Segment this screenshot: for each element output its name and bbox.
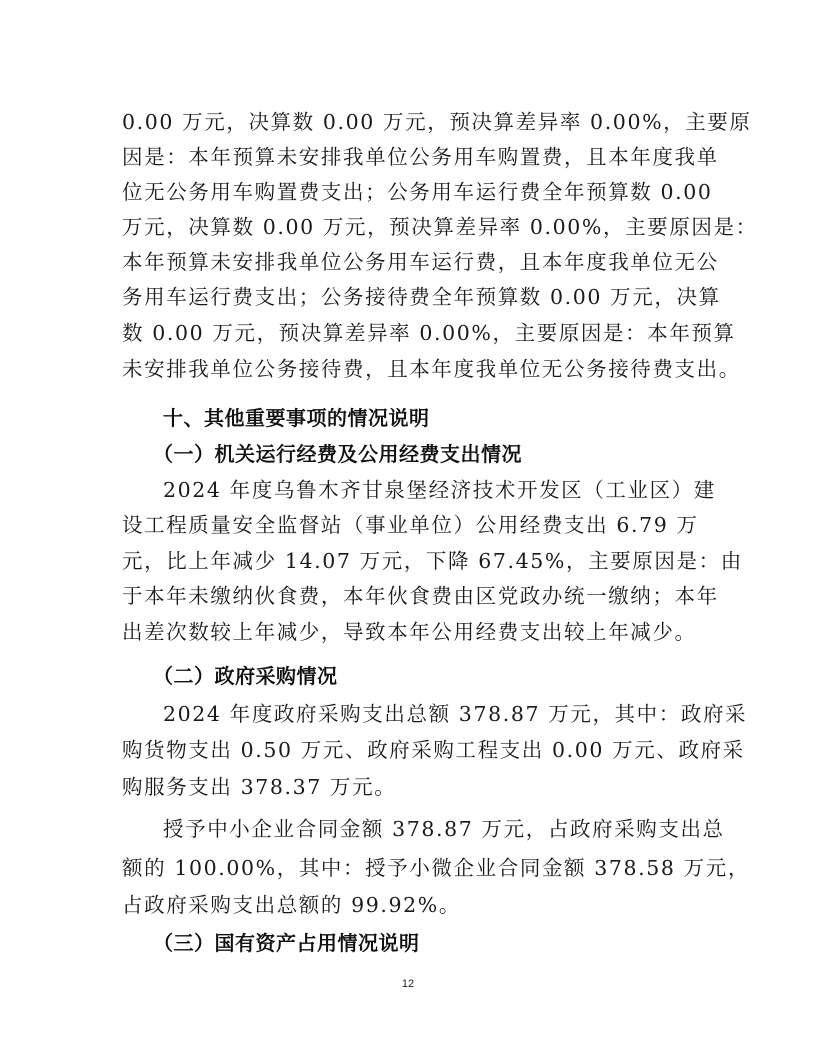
body-text-line: 0.00 万元，决算数 0.00 万元，预决算差异率 0.00%，主要原 [122, 109, 698, 135]
body-text-line: 授予中小企业合同金额 378.87 万元，占政府采购支出总 [163, 816, 698, 842]
body-text-line: 务用车运行费支出；公务接待费全年预算数 0.00 万元，决算 [122, 284, 698, 310]
body-text-line: 因是：本年预算未安排我单位公务用车购置费，且本年度我单 [122, 144, 698, 170]
body-text-line: 额的 100.00%，其中：授予小微企业合同金额 378.58 万元， [122, 855, 698, 881]
body-text-line: 2024 年度政府采购支出总额 378.87 万元，其中：政府采 [163, 701, 698, 727]
body-text-line: 设工程质量安全监督站（事业单位）公用经费支出 6.79 万 [122, 512, 698, 538]
body-text-line: 万元，决算数 0.00 万元，预决算差异率 0.00%，主要原因是： [122, 214, 698, 240]
body-text-line: 未安排我单位公务接待费，且本年度我单位无公务接待费支出。 [122, 356, 698, 382]
body-text-line: 位无公务用车购置费支出；公务用车运行费全年预算数 0.00 [122, 179, 698, 205]
body-text-line: 购货物支出 0.50 万元、政府采购工程支出 0.00 万元、政府采 [122, 737, 698, 763]
page-number: 12 [0, 978, 816, 990]
section-heading: 十、其他重要事项的情况说明 [163, 405, 430, 431]
document-page: 0.00 万元，决算数 0.00 万元，预决算差异率 0.00%，主要原 因是：… [0, 0, 816, 1056]
body-text-line: 出差次数较上年减少，导致本年公用经费支出较上年减少。 [122, 619, 698, 645]
body-text-line: 2024 年度乌鲁木齐甘泉堡经济技术开发区（工业区）建 [163, 477, 698, 503]
body-text-line: 数 0.00 万元，预决算差异率 0.00%，主要原因是：本年预算 [122, 320, 698, 346]
subsection-heading-2: （二）政府采购情况 [153, 663, 338, 689]
body-text-line: 购服务支出 378.37 万元。 [122, 774, 698, 800]
body-text-line: 本年预算未安排我单位公务用车运行费，且本年度我单位无公 [122, 249, 698, 275]
body-text-line: 元，比上年减少 14.07 万元，下降 67.45%，主要原因是：由 [122, 548, 698, 574]
subsection-heading-3: （三）国有资产占用情况说明 [153, 930, 420, 956]
body-text-line: 占政府采购支出总额的 99.92%。 [122, 892, 698, 918]
subsection-heading-1: （一）机关运行经费及公用经费支出情况 [153, 441, 522, 467]
body-text-line: 于本年未缴纳伙食费，本年伙食费由区党政办统一缴纳；本年 [122, 583, 698, 609]
